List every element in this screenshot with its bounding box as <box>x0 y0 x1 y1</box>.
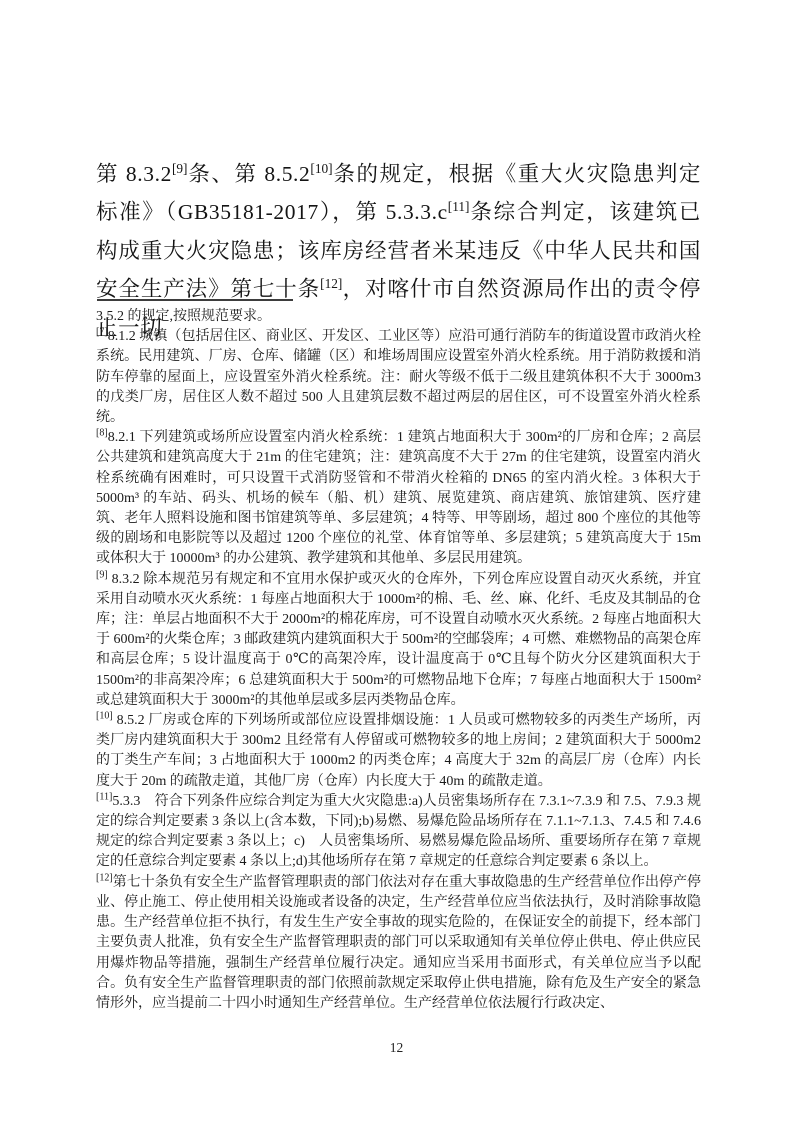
footnote-12: [12]第七十条负有安全生产监督管理职责的部门依法对存在重大事故隐患的生产经营单… <box>96 873 701 1014</box>
footnote-marker-9: [9] <box>96 569 108 580</box>
footnote-continuation: 3.5.2 的规定,按照规范要求。 <box>96 307 701 327</box>
footnote-separator <box>97 299 293 301</box>
footnote-text: 8.2.1 下列建筑或场所应设置室内消火栓系统：1 建筑占地面积大于 300m²… <box>96 430 701 566</box>
footnote-ref-11: [11] <box>448 199 470 214</box>
footnote-marker-7: [7] <box>96 327 108 338</box>
footnote-ref-9: [9] <box>172 160 188 175</box>
footnote-marker-12: [12] <box>96 872 113 883</box>
page-number: 12 <box>0 1040 793 1056</box>
footnote-8: [8]8.2.1 下列建筑或场所应设置室内消火栓系统：1 建筑占地面积大于 30… <box>96 428 701 569</box>
footnote-text: 5.3.3 符合下列条件应综合判定为重大火灾隐患:a)人员密集场所存在 7.3.… <box>96 794 701 870</box>
footnote-7: [7]8.1.2 城镇（包括居住区、商业区、开发区、工业区等）应沿可通行消防车的… <box>96 327 701 428</box>
footnote-ref-10: [10] <box>310 160 332 175</box>
footnote-10: [10] 8.5.2 厂房或仓库的下列场所或部位应设置排烟设施：1 人员或可燃物… <box>96 711 701 792</box>
footnote-text: 8.1.2 城镇（包括居住区、商业区、开发区、工业区等）应沿可通行消防车的街道设… <box>96 329 701 425</box>
footnote-9: [9] 8.3.2 除本规范另有规定和不宜用水保护或灭火的仓库外，下列仓库应设置… <box>96 570 701 711</box>
document-page: 第 8.3.2[9]条、第 8.5.2[10]条的规定，根据《重大火灾隐患判定标… <box>0 0 793 1122</box>
footnotes-section: 3.5.2 的规定,按照规范要求。 [7]8.1.2 城镇（包括居住区、商业区、… <box>96 307 701 1014</box>
body-text-segment: 条、第 8.5.2 <box>187 162 310 186</box>
body-text-segment: 第 8.3.2 <box>96 162 172 186</box>
footnote-text: 8.5.2 厂房或仓库的下列场所或部位应设置排烟设施：1 人员或可燃物较多的丙类… <box>96 713 701 789</box>
footnote-text: 第七十条负有安全生产监督管理职责的部门依法对存在重大事故隐患的生产经营单位作出停… <box>96 875 701 1011</box>
footnote-text: 8.3.2 除本规范另有规定和不宜用水保护或灭火的仓库外，下列仓库应设置自动灭火… <box>96 572 701 708</box>
footnote-marker-10: [10] <box>96 710 113 721</box>
footnote-11: [11]5.3.3 符合下列条件应综合判定为重大火灾隐患:a)人员密集场所存在 … <box>96 792 701 873</box>
footnote-marker-8: [8] <box>96 428 108 439</box>
footnote-marker-11: [11] <box>96 791 112 802</box>
footnote-ref-12: [12] <box>320 276 342 291</box>
